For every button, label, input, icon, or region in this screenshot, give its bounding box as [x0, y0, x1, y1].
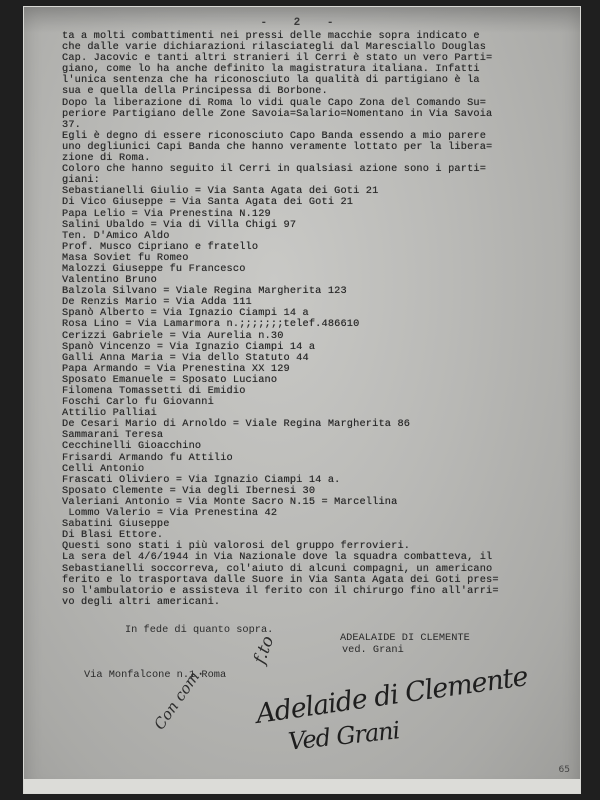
text-line: Cerizzi Gabriele = Via Aurelia n.30: [62, 331, 582, 342]
text-line: Papa Lelio = Via Prenestina N.129: [62, 209, 582, 220]
page-bottom-edge: [24, 779, 580, 793]
text-line: Dopo la liberazione di Roma lo vidi qual…: [62, 98, 582, 109]
text-line: sua e quella della Principessa di Borbon…: [62, 86, 582, 97]
text-line: periore Partigiano delle Zone Savoia=Sal…: [62, 109, 582, 120]
text-line: Coloro che hanno seguito il Cerri in qua…: [62, 164, 582, 175]
text-line: Rosa Lino = Via Lamarmora n.;;;;;;;telef…: [62, 319, 582, 330]
text-line: vo degli altri americani.: [62, 597, 582, 608]
closing-statement: In fede di quanto sopra.: [125, 624, 273, 636]
signatory-name: ADEALAIDE DI CLEMENTE: [340, 632, 470, 644]
signatory-title: ved. Grani: [340, 644, 404, 656]
text-line: Cecchinelli Gioacchino: [62, 441, 582, 452]
signatory-block: ADEALAIDE DI CLEMENTE ved. Grani: [340, 632, 470, 656]
text-line: La sera del 4/6/1944 in Via Nazionale do…: [62, 552, 582, 563]
text-line: Sebastianelli soccorreva, col'aiuto di a…: [62, 564, 582, 575]
page-number: - 2 -: [24, 17, 580, 29]
text-line: Frisardi Armando fu Attilio: [62, 453, 582, 464]
typewritten-body: ta a molti combattimenti nei pressi dell…: [62, 31, 582, 608]
archive-number: 65: [559, 765, 570, 775]
text-line: Di Vico Giuseppe = Via Santa Agata dei G…: [62, 197, 582, 208]
